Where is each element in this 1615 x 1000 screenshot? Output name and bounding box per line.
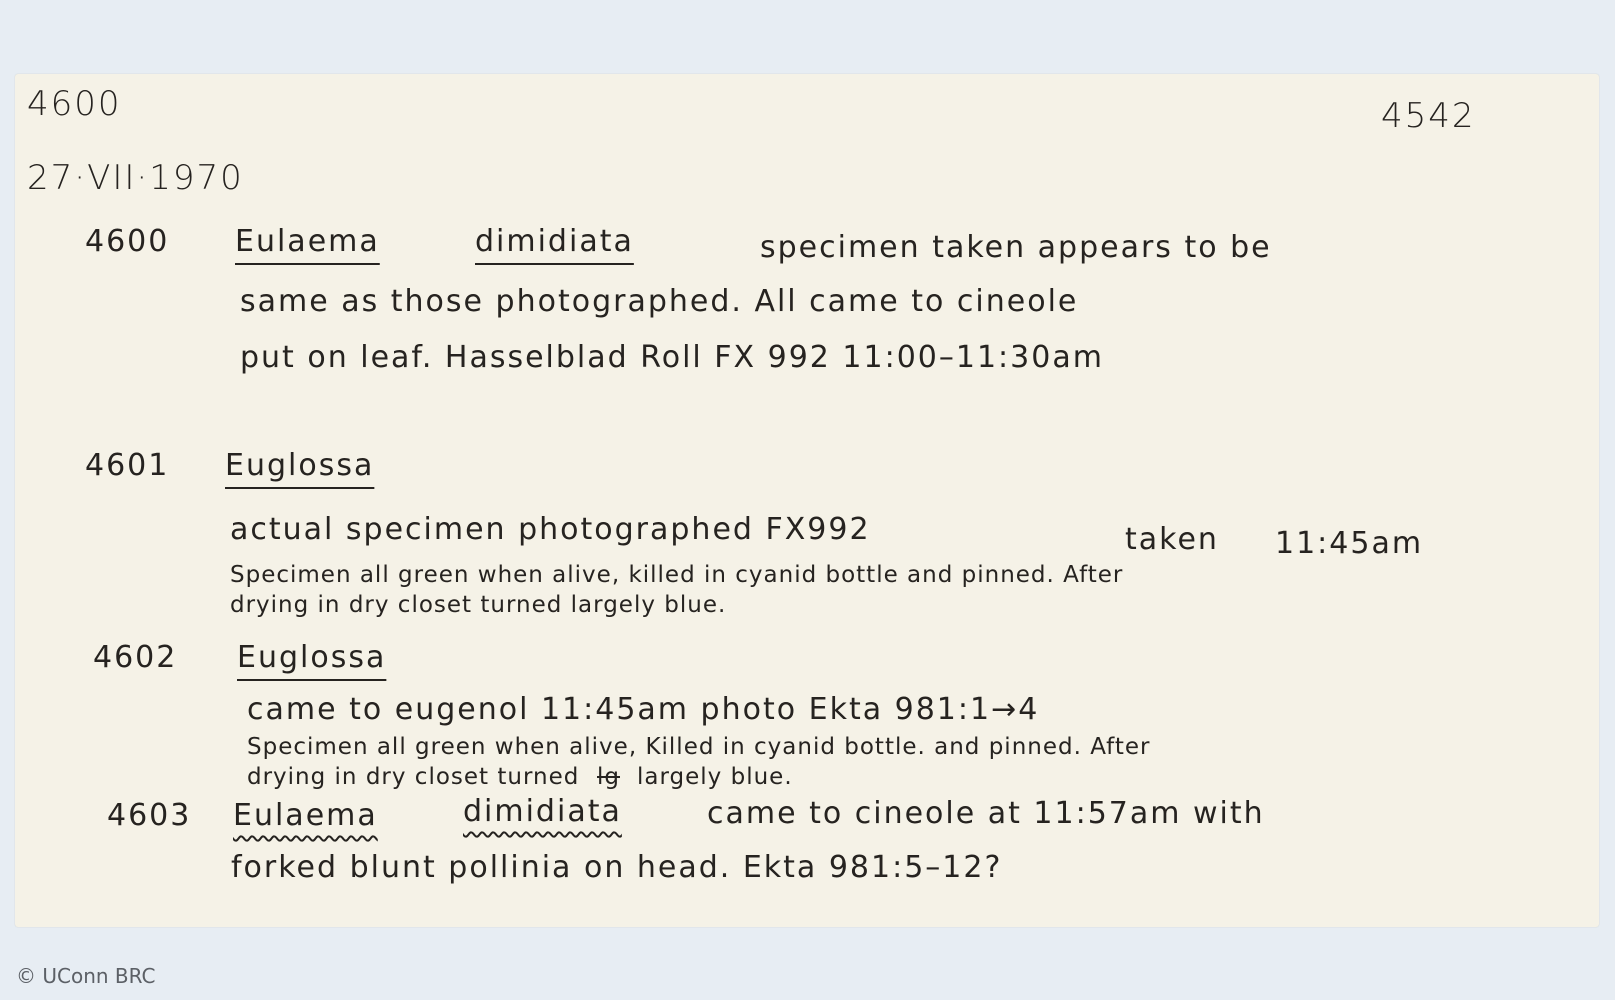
card-number-top-right: 4542 (1381, 96, 1476, 136)
entry-note: drying in dry closet turned (247, 764, 579, 790)
entry-note: Specimen all green when alive, killed in… (230, 562, 1123, 588)
entry-time: 11:45am (1275, 526, 1423, 561)
field-note-card: 4600 4542 27·VII·1970 4600 Eulaema dimid… (15, 74, 1599, 927)
entry-genus: Eulaema (233, 798, 378, 833)
entry-line: actual specimen photographed FX992 (230, 512, 871, 547)
entry-line: same as those photographed. All came to … (240, 284, 1078, 319)
copyright-credit: © UConn BRC (16, 964, 156, 988)
entry-species: dimidiata (475, 224, 634, 259)
entry-genus: Eulaema (235, 224, 380, 259)
entry-line: specimen taken appears to be (760, 230, 1272, 265)
entry-line: put on leaf. Hasselblad Roll FX 992 11:0… (240, 340, 1104, 375)
card-number-top-left: 4600 (27, 84, 122, 124)
collection-date: 27·VII·1970 (27, 158, 244, 198)
entry-line-taken: taken (1125, 522, 1219, 557)
entry-note: largely blue. (637, 764, 793, 790)
entry-line: forked blunt pollinia on head. Ekta 981:… (231, 850, 1002, 885)
entry-number: 4603 (107, 798, 191, 833)
entry-number: 4600 (85, 224, 169, 259)
entry-number: 4602 (93, 640, 177, 675)
entry-genus: Euglossa (225, 448, 374, 483)
entry-line: came to cineole at 11:57am with (707, 796, 1265, 831)
entry-genus: Euglossa (237, 640, 386, 675)
entry-note: drying in dry closet turned largely blue… (230, 592, 726, 618)
entry-number: 4601 (85, 448, 169, 483)
struck-text: lg (597, 764, 620, 790)
entry-line: came to eugenol 11:45am photo Ekta 981:1… (247, 692, 1039, 727)
entry-note: Specimen all green when alive, Killed in… (247, 734, 1150, 760)
entry-species: dimidiata (463, 794, 622, 829)
